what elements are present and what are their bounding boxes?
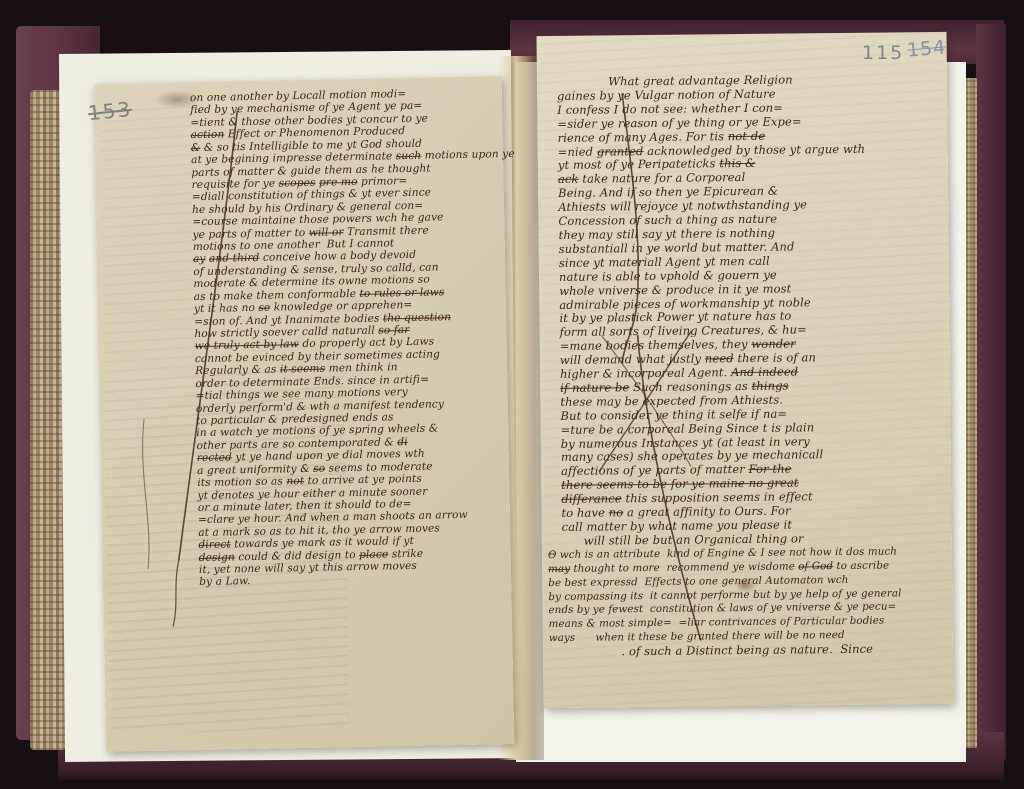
ink-text: there is of an — [734, 350, 816, 365]
struck-text: the question — [383, 311, 451, 324]
ink-text: to have — [561, 506, 608, 520]
ink-text: Θ wch is an attribute kind of Engine & I… — [548, 545, 897, 561]
struck-text: may — [548, 563, 570, 575]
book-cover-right-board — [976, 24, 1006, 760]
ink-text: will still be but an Organical thing or — [584, 531, 804, 547]
ink-text: by compassing its it cannot performe but… — [548, 587, 901, 603]
photo-background: on one another by Locall motion modi=fie… — [0, 0, 1024, 789]
struck-text: and third — [209, 252, 260, 265]
show-through-text — [100, 102, 195, 374]
ink-text: to ascribe — [833, 559, 889, 572]
manuscript-text-right: What great advantage Religiongaines by y… — [557, 72, 945, 660]
struck-text: not de — [728, 128, 766, 142]
ink-text: means & most simple= =liar contrivances … — [549, 615, 885, 631]
manuscript-page-left: on one another by Locall motion modi=fie… — [94, 76, 515, 752]
struck-text: this & — [719, 156, 755, 170]
struck-text: ay — [193, 253, 206, 265]
struck-text: scopes — [279, 177, 316, 190]
struck-text: & — [191, 142, 201, 154]
struck-text: se — [258, 302, 270, 314]
folio-number-right-old-struck: 154 — [906, 36, 947, 61]
ink-text: requisite for ye — [191, 177, 278, 191]
struck-text: if nature be — [560, 380, 629, 395]
struck-text: to rules or laws — [359, 286, 444, 300]
ink-text: yt it has no — [194, 302, 259, 315]
struck-text: design — [199, 551, 235, 564]
struck-text: place — [359, 548, 388, 561]
struck-text: action — [191, 129, 225, 142]
manuscript-text-left: on one another by Locall motion modi=fie… — [190, 86, 501, 589]
struck-text: differance — [561, 491, 622, 506]
ink-text: thought to more recommend ye wisdome — [570, 560, 798, 574]
struck-text: need — [705, 351, 734, 365]
ink-text: strike — [388, 547, 423, 560]
struck-text: of God — [798, 560, 833, 572]
ink-text: be best expressd Effects to one general … — [548, 574, 848, 589]
struck-text: granted — [597, 144, 644, 158]
ink-text: Such reasonings as — [629, 379, 751, 394]
ink-text: motions upon ye — [421, 148, 515, 162]
struck-text: things — [752, 378, 789, 392]
struck-text: For the — [749, 462, 792, 476]
struck-text: so — [313, 462, 325, 474]
struck-text: pre mo — [319, 176, 358, 189]
struck-text: rected — [197, 452, 232, 465]
struck-text: it seems — [280, 363, 326, 376]
struck-text: direct — [198, 539, 231, 552]
struck-text: no — [609, 505, 624, 519]
folio-number-left-struck: 153 — [87, 97, 133, 125]
ink-text: by a Law. — [199, 576, 250, 589]
ink-text: . of such a Distinct being as nature. Si… — [621, 642, 873, 659]
struck-text: such — [396, 150, 422, 162]
ink-text: Regularly & as — [195, 364, 280, 378]
struck-text: wonder — [751, 337, 796, 351]
ink-text: primor= — [357, 175, 407, 188]
ink-text: =nied — [558, 144, 597, 158]
struck-text: so far — [378, 324, 409, 337]
ink-text: its motion so as — [197, 475, 286, 489]
struck-text: di — [397, 436, 408, 448]
struck-text: And indeed — [731, 364, 798, 379]
manuscript-page-right: What great advantage Religiongaines by y… — [536, 32, 953, 708]
folio-number-right-current: 115 — [862, 42, 904, 64]
ink-text: Transmit there — [343, 224, 429, 238]
ink-text: men think in — [325, 361, 398, 374]
struck-text: not — [286, 475, 304, 487]
ink-text: acknowledged by those yt argue wth — [643, 141, 865, 157]
ink-text: ends by ye fewest constitution & laws of… — [548, 601, 896, 617]
struck-text: ack — [558, 172, 579, 186]
struck-text: will or — [309, 226, 344, 239]
